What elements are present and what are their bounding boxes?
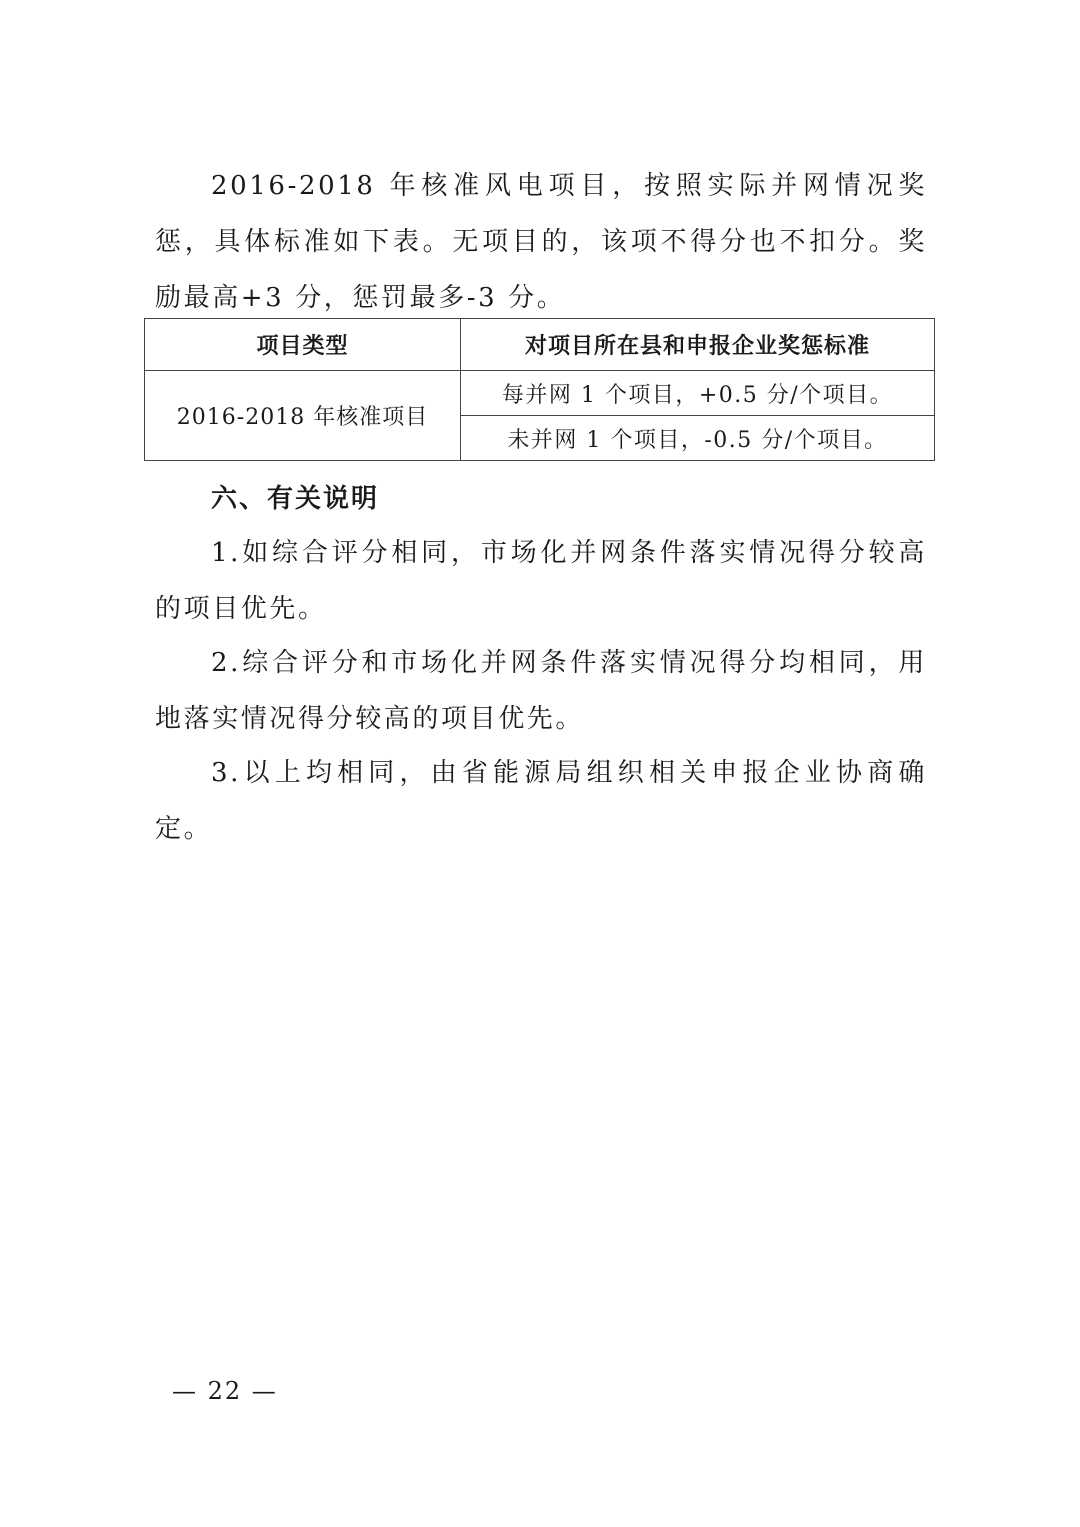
header-reward-penalty-standard: 对项目所在县和申报企业奖惩标准	[461, 319, 935, 371]
header-project-type: 项目类型	[145, 319, 461, 371]
cell-standard-not-connected: 未并网 1 个项目，-0.5 分/个项目。	[461, 416, 935, 461]
section-heading: 六、有关说明	[211, 474, 379, 524]
table-header-row: 项目类型 对项目所在县和申报企业奖惩标准	[145, 319, 935, 371]
document-page: 2016-2018 年核准风电项目，按照实际并网情况奖惩，具体标准如下表。无项目…	[0, 0, 1080, 1527]
reward-penalty-table: 项目类型 对项目所在县和申报企业奖惩标准 2016-2018 年核准项目 每并网…	[144, 318, 935, 461]
table-row: 2016-2018 年核准项目 每并网 1 个项目，+0.5 分/个项目。	[145, 371, 935, 416]
intro-paragraph: 2016-2018 年核准风电项目，按照实际并网情况奖惩，具体标准如下表。无项目…	[155, 158, 927, 326]
note-item: 3.以上均相同，由省能源局组织相关申报企业协商确定。	[155, 745, 927, 857]
cell-project-type: 2016-2018 年核准项目	[145, 371, 461, 461]
note-item: 1.如综合评分相同，市场化并网条件落实情况得分较高的项目优先。	[155, 525, 927, 637]
note-item: 2.综合评分和市场化并网条件落实情况得分均相同，用地落实情况得分较高的项目优先。	[155, 635, 927, 747]
page-number: — 22 —	[172, 1376, 278, 1406]
cell-standard-connected: 每并网 1 个项目，+0.5 分/个项目。	[461, 371, 935, 416]
